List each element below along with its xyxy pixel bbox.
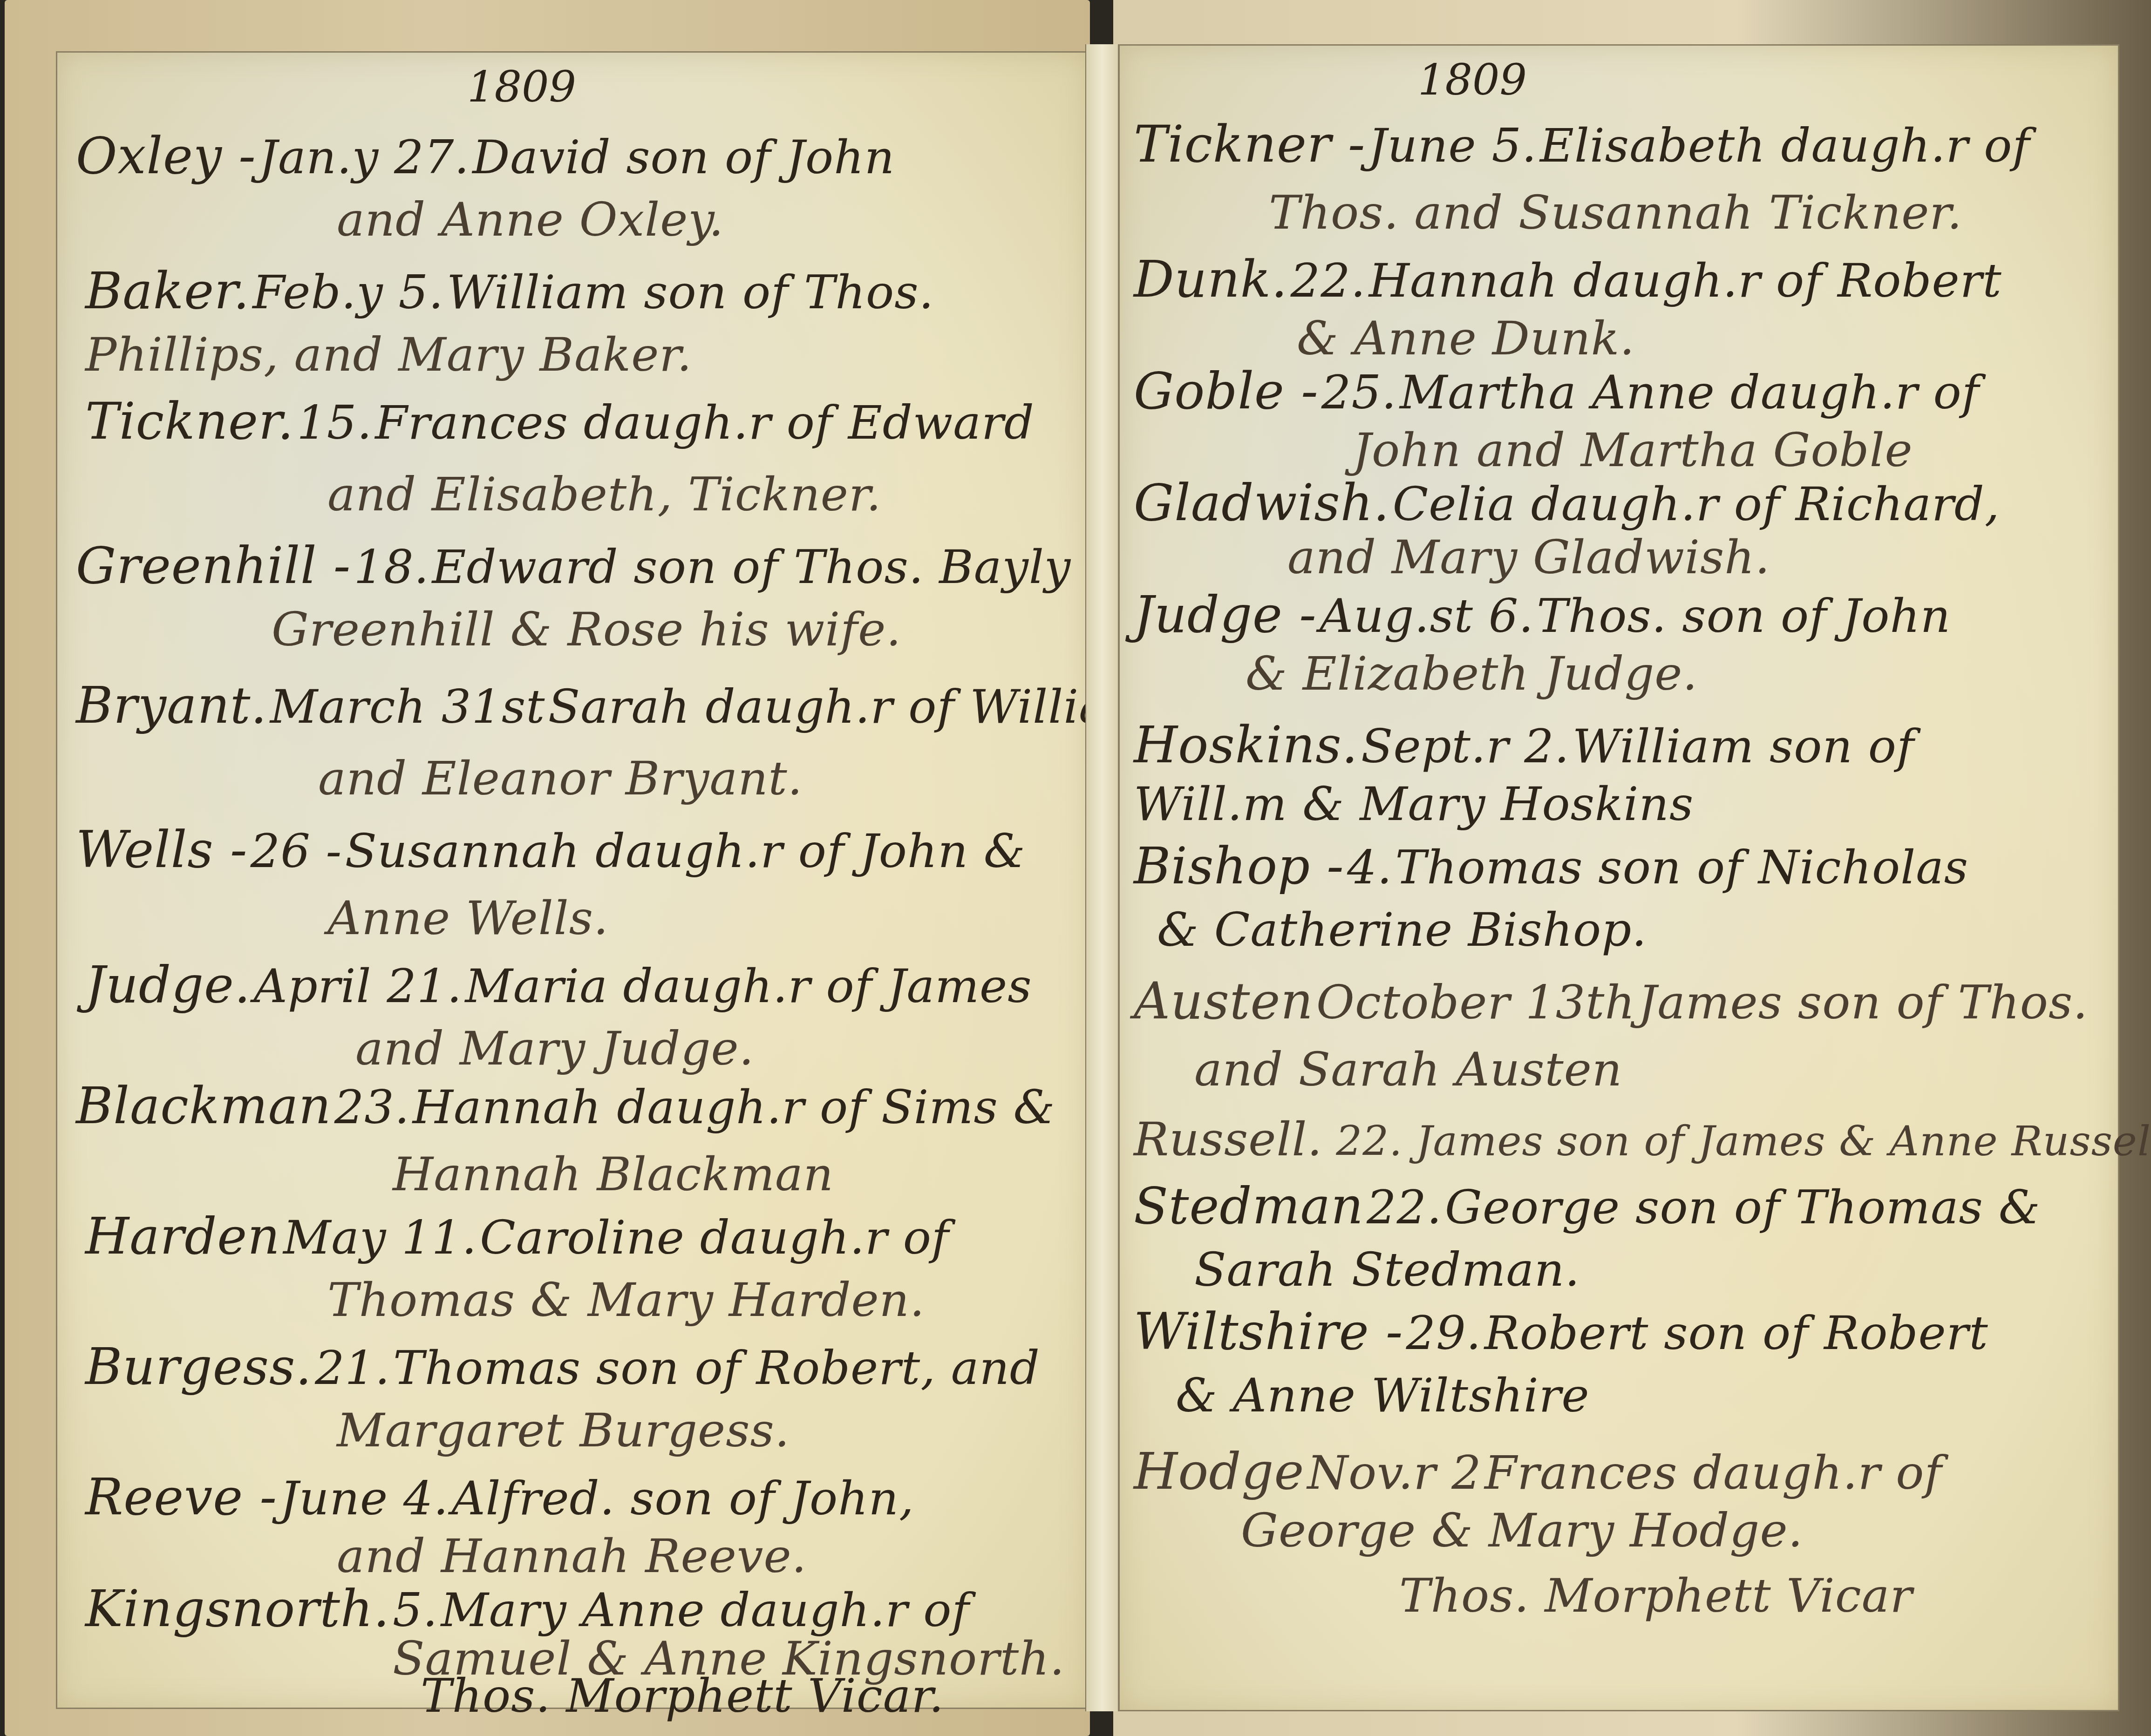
register-entry: Wiltshire - 29. Robert son of Robert — [1134, 1303, 1988, 1361]
register-entry: Dunk. 22. Hannah daugh.r of Robert — [1134, 251, 2002, 309]
entry-continuation: & Elizabeth Judge. — [1246, 646, 1698, 701]
right-page: 1809 Tickner - June 5. Elisabeth daugh.r… — [1118, 44, 2119, 1711]
entry-continuation: and Hannah Reeve. — [337, 1529, 807, 1583]
entry-continuation: Anne Wells. — [327, 891, 609, 945]
register-entry: Wells - 26 - Susannah daugh.r of John & — [76, 821, 1026, 879]
register-entry: Kingsnorth. 5. Mary Anne daugh.r of — [85, 1580, 970, 1638]
page-year: 1809 — [467, 62, 576, 112]
entry-continuation: Phillips, and Mary Baker. — [85, 327, 692, 382]
entry-continuation: Thos. and Susannah Tickner. — [1269, 185, 1962, 240]
register-entry: Bishop - 4. Thomas son of Nicholas — [1134, 837, 1968, 895]
entry-continuation: Sarah Stedman. — [1194, 1242, 1580, 1297]
entry-continuation: & Anne Dunk. — [1297, 311, 1635, 366]
register-entry: Stedman 22. George son of Thomas & — [1134, 1177, 2041, 1235]
entry-continuation: & Anne Wiltshire — [1176, 1368, 1590, 1423]
register-entry: Hodge Nov.r 2 Frances daugh.r of — [1134, 1443, 1942, 1501]
entry-continuation: Hannah Blackman — [393, 1147, 834, 1201]
entry-continuation: and Mary Judge. — [355, 1021, 754, 1076]
register-entry: Baker. Feb.y 5. William son of Thos. — [85, 262, 934, 320]
entry-continuation: George & Mary Hodge. — [1241, 1503, 1803, 1558]
register-entry: Greenhill - 18. Edward son of Thos. Bayl… — [76, 537, 1071, 595]
register-entry: Blackman 23. Hannah daugh.r of Sims & — [76, 1077, 1055, 1135]
register-entry: Gladwish. Celia daugh.r of Richard, — [1134, 474, 2000, 532]
entry-continuation: and Mary Gladwish. — [1287, 530, 1770, 584]
entry-continuation: Will.m & Mary Hoskins — [1134, 777, 1694, 831]
register-entry: Oxley - Jan.y 27. David son of John — [76, 127, 895, 185]
page-year: 1809 — [1418, 55, 1527, 105]
register-entry: Hoskins. Sept.r 2. William son of — [1134, 716, 1914, 774]
register-entry: Reeve - June 4. Alfred. son of John, — [85, 1468, 914, 1526]
register-entry: Burgess. 21. Thomas son of Robert, and — [85, 1338, 1040, 1396]
register-entry: Judge - Aug.st 6. Thos. son of John — [1134, 586, 1951, 644]
vicar-signature: Thos. Morphett Vicar — [1399, 1568, 1913, 1623]
register-entry: Russell. 22. James son of James & Anne R… — [1134, 1112, 2151, 1166]
open-register-book: 1809 Oxley - Jan.y 27. David son of John… — [0, 0, 2151, 1736]
left-page: 1809 Oxley - Jan.y 27. David son of John… — [56, 51, 1090, 1709]
entry-continuation: and Anne Oxley. — [337, 192, 724, 247]
entry-continuation: & Catherine Bishop. — [1157, 902, 1647, 957]
register-entry: Tickner. 15. Frances daugh.r of Edward — [85, 393, 1035, 451]
register-entry: Austen October 13th James son of Thos. — [1134, 972, 2088, 1031]
entry-continuation: and Eleanor Bryant. — [318, 751, 803, 806]
entry-continuation: John and Martha Goble — [1353, 423, 1913, 477]
entry-continuation: Greenhill & Rose his wife. — [272, 602, 901, 657]
register-entry: Tickner - June 5. Elisabeth daugh.r of — [1134, 115, 2030, 174]
register-entry: Judge. April 21. Maria daugh.r of James — [85, 956, 1032, 1014]
book-gutter — [1085, 44, 1123, 1711]
entry-continuation: and Elisabeth, Tickner. — [327, 467, 882, 522]
entry-continuation: Thomas & Mary Harden. — [327, 1273, 925, 1327]
register-entry: Goble - 25. Martha Anne daugh.r of — [1134, 362, 1980, 420]
entry-continuation: Margaret Burgess. — [337, 1403, 790, 1458]
register-entry: Harden May 11. Caroline daugh.r of — [85, 1207, 949, 1266]
entry-continuation: and Sarah Austen — [1194, 1042, 1622, 1097]
register-entry: Bryant. March 31st Sarah daugh.r of Will… — [76, 677, 1152, 735]
vicar-signature: Thos. Morphett Vicar. — [421, 1668, 944, 1723]
